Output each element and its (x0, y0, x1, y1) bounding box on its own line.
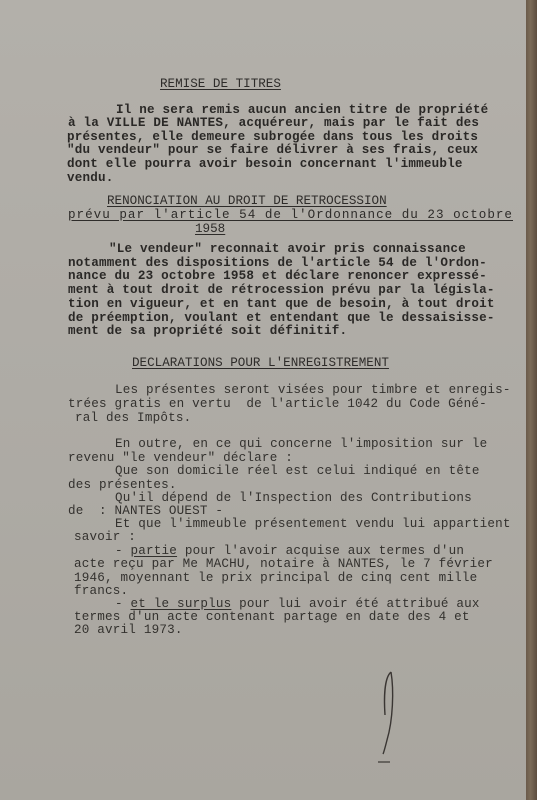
s2-line-0: "Le vendeur" reconnait avoir pris connai… (109, 242, 466, 257)
heading-renonciation-line2: prévu par l'article 54 de l'Ordonnance d… (68, 208, 513, 222)
item2-underlined: et le surplus (131, 597, 232, 611)
s3-p2-line-0: En outre, en ce qui concerne l'impositio… (115, 437, 487, 452)
item1-rest: pour l'avoir acquise aux termes d'un (177, 544, 464, 558)
s3-p2-line-7: savoir : (74, 530, 136, 545)
s2-line-4: tion en vigueur, et en tant que de besoi… (68, 297, 495, 312)
s3-item1-line-0: acte reçu par Me MACHU, notaire à NANTES… (74, 557, 493, 572)
s3-item2-line-1: 20 avril 1973. (74, 623, 183, 638)
item1-underlined: partie (131, 544, 178, 558)
s3-p1-line-0: Les présentes seront visées pour timbre … (115, 383, 511, 398)
s2-line-6: ment de sa propriété soit définitif. (68, 324, 347, 339)
heading-renonciation-year: 1958 (195, 222, 225, 236)
s1-line-1: à la VILLE DE NANTES, acquéreur, mais pa… (68, 116, 479, 131)
item2-rest: pour lui avoir été attribué aux (231, 597, 479, 611)
s3-p1-line-2: ral des Impôts. (75, 411, 191, 426)
s1-line-4: dont elle pourra avoir besoin concernant… (67, 157, 463, 172)
page-edge (526, 0, 537, 800)
s2-line-2: nance du 23 octobre 1958 et déclare reno… (68, 269, 487, 284)
heading-renonciation: RENONCIATION AU DROIT DE RETROCESSION (107, 194, 387, 208)
s3-p2-line-2: Que son domicile réel est celui indiqué … (115, 464, 480, 479)
s1-line-5: vendu. (67, 171, 114, 186)
s2-line-3: ment à tout droit de rétrocession prévu … (68, 283, 495, 298)
heading-remise-de-titres: REMISE DE TITRES (160, 77, 281, 91)
s3-item1-line-1: 1946, moyennant le prix principal de cin… (74, 571, 477, 586)
heading-declarations: DECLARATIONS POUR L'ENREGISTREMENT (132, 356, 389, 370)
handwritten-initial-icon (372, 670, 402, 770)
s1-line-3: "du vendeur" pour se faire délivrer à se… (67, 143, 478, 158)
s3-p1-line-1: trées gratis en vertu de l'article 1042 … (68, 397, 487, 412)
s3-p2-line-6: Et que l'immeuble présentement vendu lui… (115, 517, 511, 532)
